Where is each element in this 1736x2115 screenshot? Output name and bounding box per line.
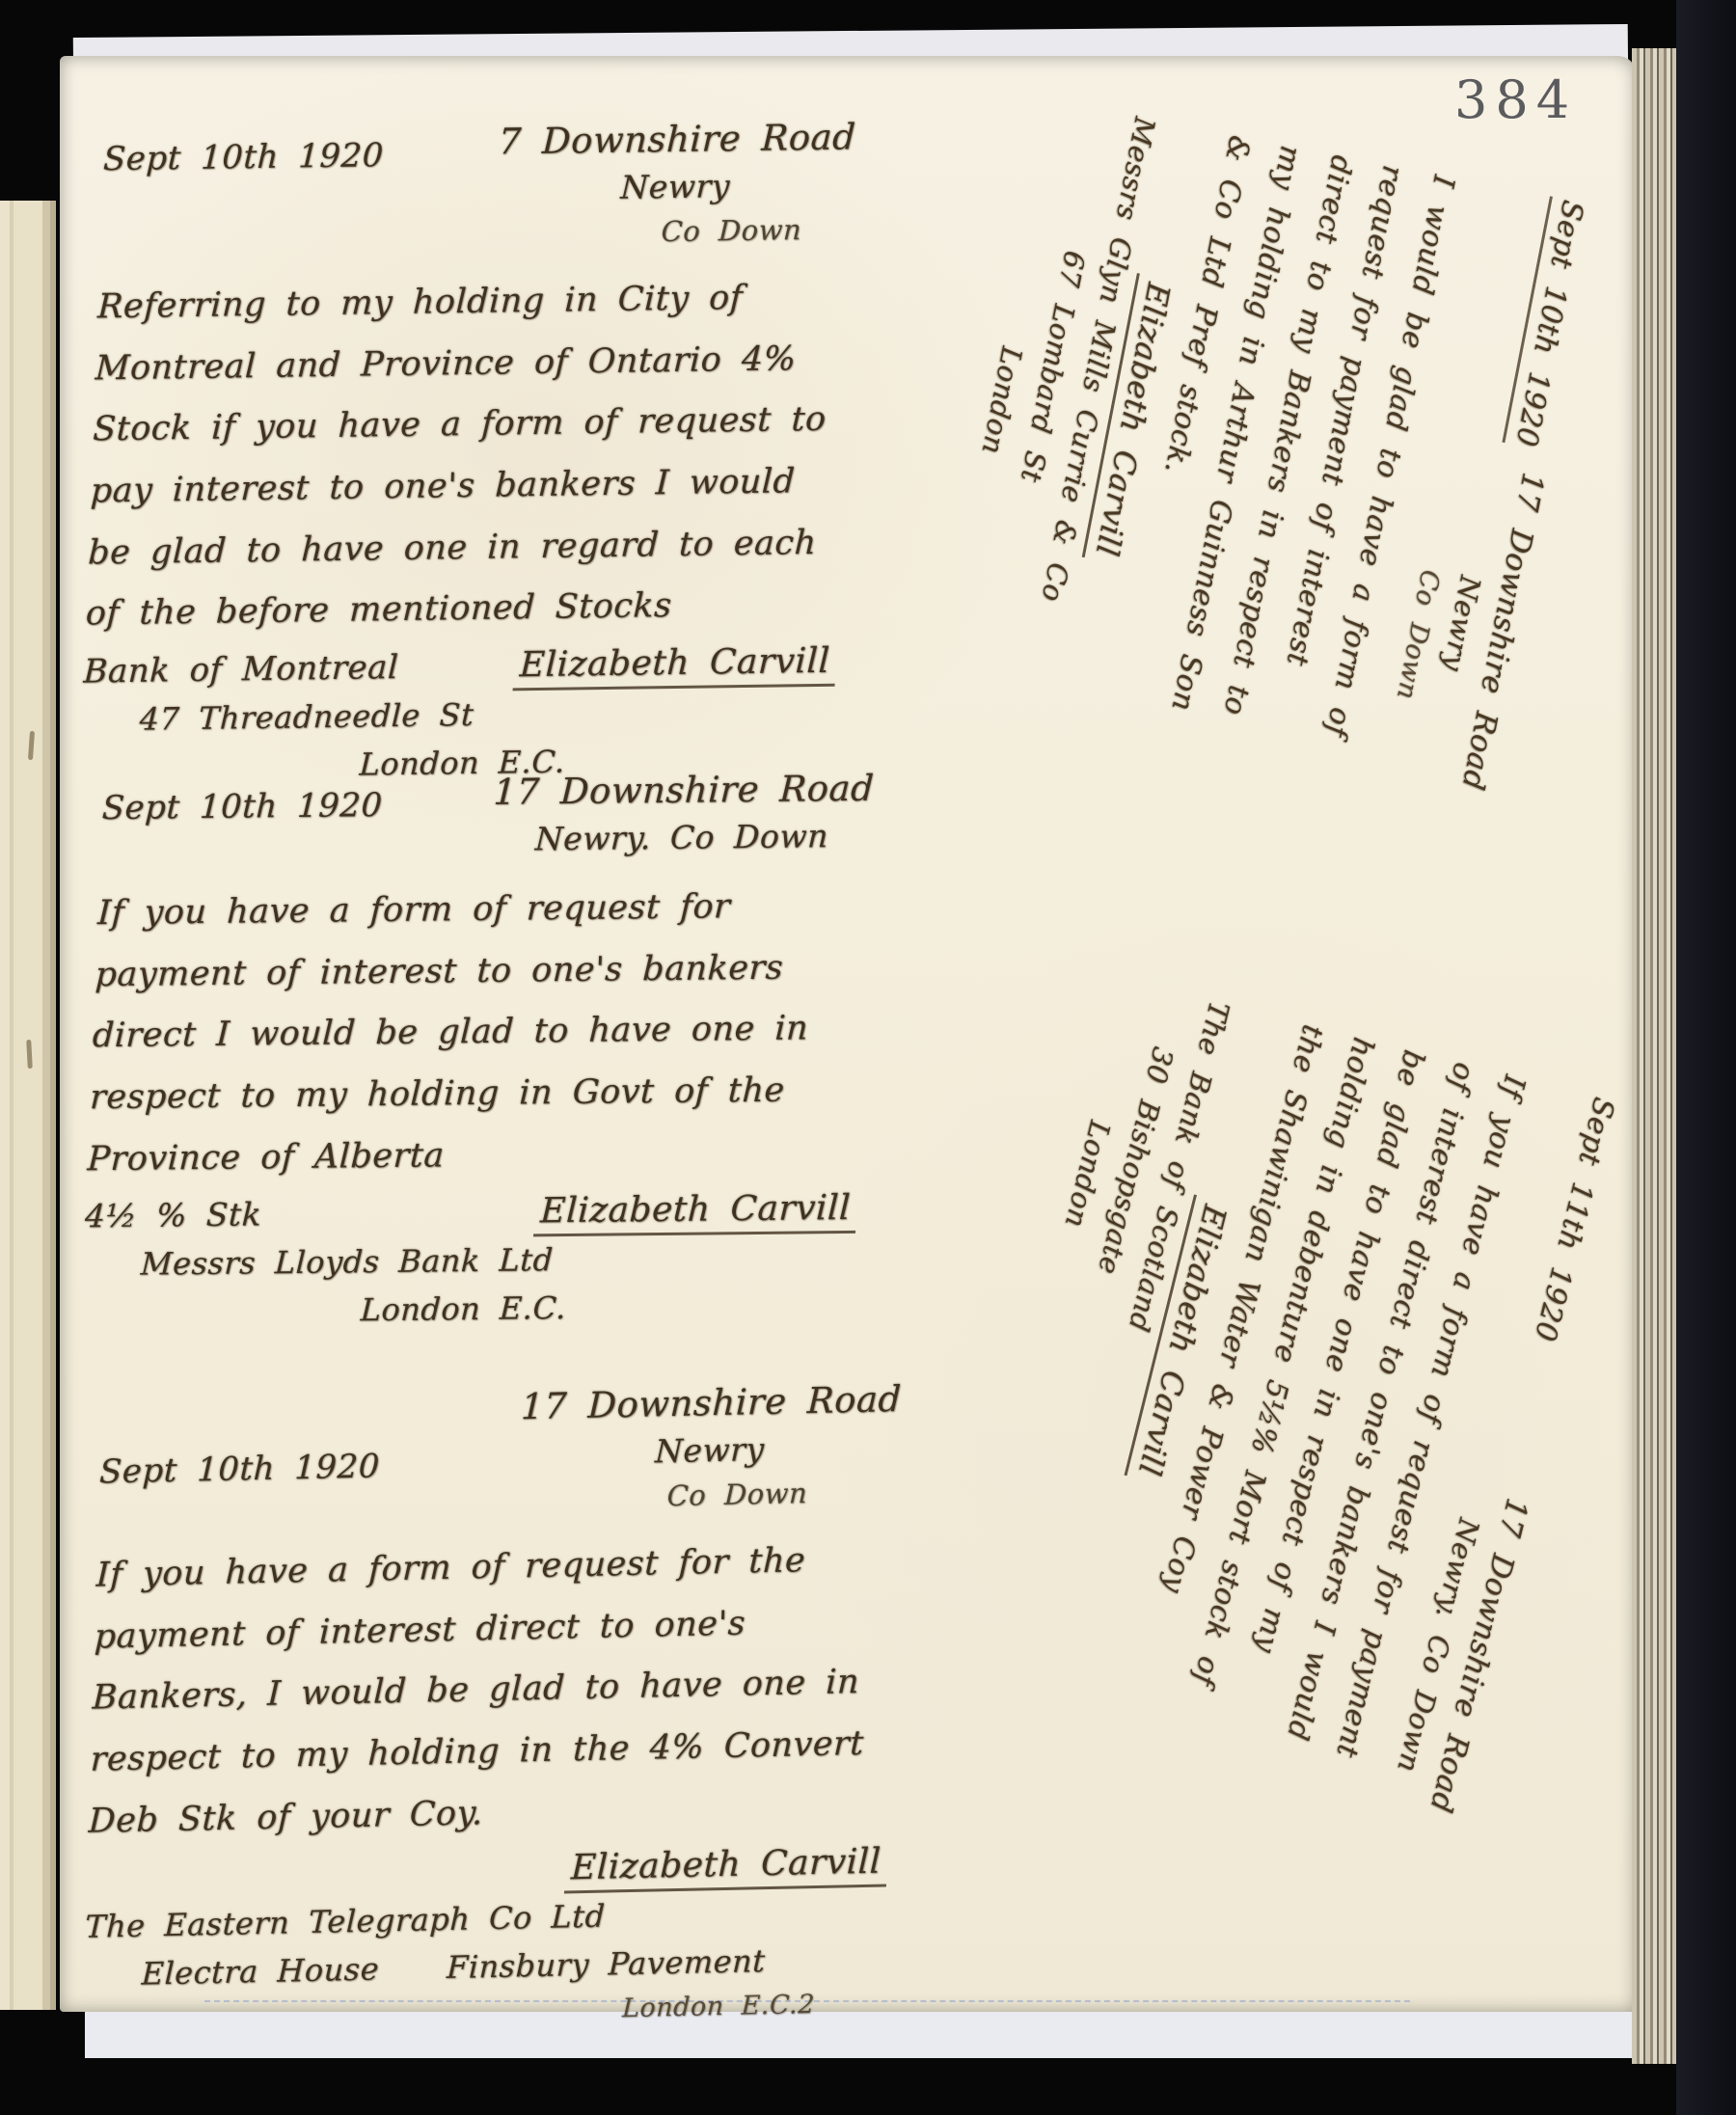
addressee-line: London E.C.2 bbox=[621, 1983, 882, 2029]
address-line: Co Down bbox=[610, 212, 853, 249]
letter-date: Sept 10th 1920 bbox=[102, 122, 385, 178]
addressee-line: Finsbury Pavement bbox=[446, 1938, 766, 1993]
letter-date: Sept 10th 1920 bbox=[101, 773, 384, 827]
letter-signature: Elizabeth Carvill bbox=[513, 641, 837, 691]
letter-body: Referring to my holding in City of Montr… bbox=[85, 266, 852, 645]
address-line: Co Down bbox=[576, 1475, 900, 1514]
letter-body: If you have a form of request for the pa… bbox=[88, 1529, 898, 1853]
letter-body: If you have a form of request for paymen… bbox=[86, 876, 870, 1191]
letter-header: Sept 10th 1920 17 Downshire Road Newry. … bbox=[99, 768, 875, 862]
addressee-line: Messrs Lloyds Bank Ltd bbox=[140, 1234, 855, 1288]
address-line: 7 Downshire Road bbox=[498, 116, 856, 162]
letter-glyn-mills: Sept 10th 1920 17 Downshire Road Newry C… bbox=[925, 96, 1603, 793]
binding-strip-left bbox=[0, 201, 56, 2010]
addressee-line: London E.C. bbox=[360, 1282, 854, 1335]
letter-bank-of-montreal: Sept 10th 1920 7 Downshire Road Newry Co… bbox=[79, 116, 856, 793]
address-line: 17 Downshire Road bbox=[493, 768, 875, 813]
letter-date: Sept 10th 1920 bbox=[98, 1389, 382, 1491]
addressee-line: Electra House bbox=[141, 1946, 380, 1999]
book-cover-right bbox=[1676, 0, 1736, 2115]
letter-address: 17 Downshire Road Newry Co Down bbox=[518, 1378, 903, 1515]
letter-eastern-telegraph: Sept 10th 1920 17 Downshire Road Newry C… bbox=[82, 1378, 903, 2040]
address-line: Newry bbox=[496, 165, 854, 207]
letter-recipient: Bank of Montreal bbox=[83, 648, 399, 691]
letter-header: Sept 10th 1920 7 Downshire Road Newry Co… bbox=[99, 116, 856, 256]
letter-header: Sept 10th 1920 17 Downshire Road Newry C… bbox=[97, 1378, 902, 1524]
page-stack-edge bbox=[1632, 48, 1676, 2064]
page-number-stamp: 384 bbox=[1454, 69, 1577, 130]
letter-lloyds-bank: Sept 10th 1920 17 Downshire Road Newry. … bbox=[80, 768, 875, 1338]
letter-address: 17 Downshire Road Newry. Co Down bbox=[491, 768, 875, 858]
letter-address: 7 Downshire Road Newry Co Down bbox=[494, 116, 856, 250]
address-line: Newry. Co Down bbox=[491, 817, 873, 858]
address-line: 17 Downshire Road bbox=[520, 1378, 902, 1427]
stock-line: 4½ % Stk bbox=[84, 1196, 262, 1235]
letter-signature: Elizabeth Carvill bbox=[564, 1842, 887, 1894]
letter-signature: Elizabeth Carvill bbox=[533, 1188, 857, 1237]
address-line: Newry bbox=[519, 1427, 901, 1473]
